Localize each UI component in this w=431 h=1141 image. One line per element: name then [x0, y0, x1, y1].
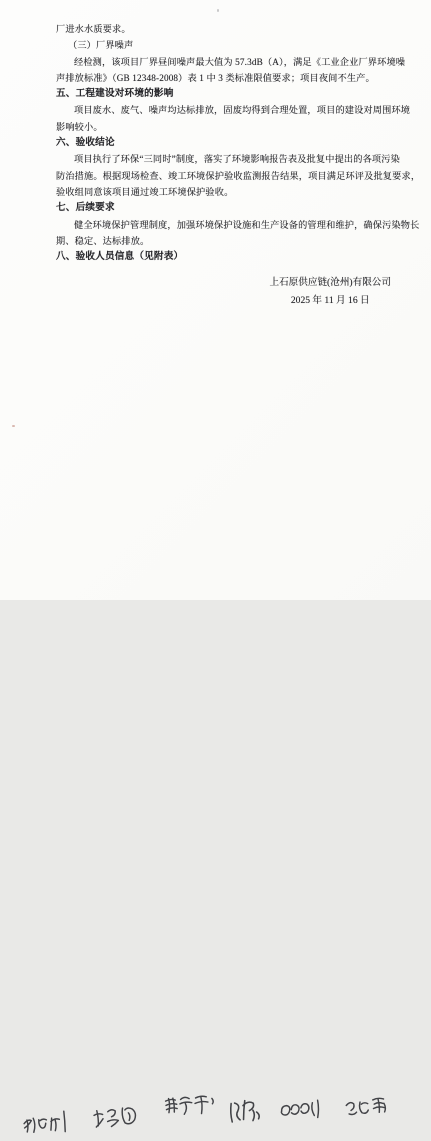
- signature-row: [0, 544, 431, 600]
- document-line: 影响较小。: [56, 119, 408, 135]
- section-heading: 六、验收结论: [56, 135, 408, 151]
- document-line: 防治措施。根据现场检查、竣工环境保护验收监测报告结果，项目满足环评及批复要求，: [56, 168, 408, 184]
- scan-artifact-dot: [217, 9, 219, 12]
- scan-artifact-red-dot: [12, 425, 15, 427]
- document-line: 项目执行了环保“三同时”制度，落实了环境影响报告表及批复中提出的各项污染: [56, 151, 408, 167]
- document-date: 2025 年 11 月 16 日: [269, 292, 391, 310]
- signoff-block: 上石原供应链(沧州)有限公司 2025 年 11 月 16 日: [269, 274, 391, 309]
- section-heading: 五、工程建设对环境的影响: [56, 86, 408, 102]
- section-heading: 八、验收人员信息（见附表）: [56, 249, 408, 265]
- document-line: 健全环境保护管理制度，加强环境保护设施和生产设备的管理和维护，确保污染物长: [56, 217, 408, 233]
- document-line: 验收组同意该项目通过竣工环境保护验收。: [56, 184, 408, 200]
- document-line: 期、稳定、达标排放。: [56, 233, 408, 249]
- document-page: 厂进水水质要求。 （三）厂界噪声 经检测，该项目厂界昼间噪声最大值为 57.3d…: [0, 0, 431, 600]
- company-name: 上石原供应链(沧州)有限公司: [269, 274, 391, 292]
- document-line: 厂进水水质要求。: [56, 21, 408, 37]
- document-line: 项目废水、废气、噪声均达标排放，固废均得到合理处置，项目的建设对周围环境: [56, 102, 408, 118]
- document-line: （三）厂界噪声: [56, 37, 408, 53]
- document-line: 声排放标准》（GB 12348-2008）表 1 中 3 类标准限值要求；项目夜…: [56, 70, 408, 86]
- document-body: 厂进水水质要求。 （三）厂界噪声 经检测，该项目厂界昼间噪声最大值为 57.3d…: [56, 21, 408, 265]
- section-heading: 七、后续要求: [56, 200, 408, 216]
- document-line: 经检测，该项目厂界昼间噪声最大值为 57.3dB（A），满足《工业企业厂界环境噪: [56, 54, 408, 70]
